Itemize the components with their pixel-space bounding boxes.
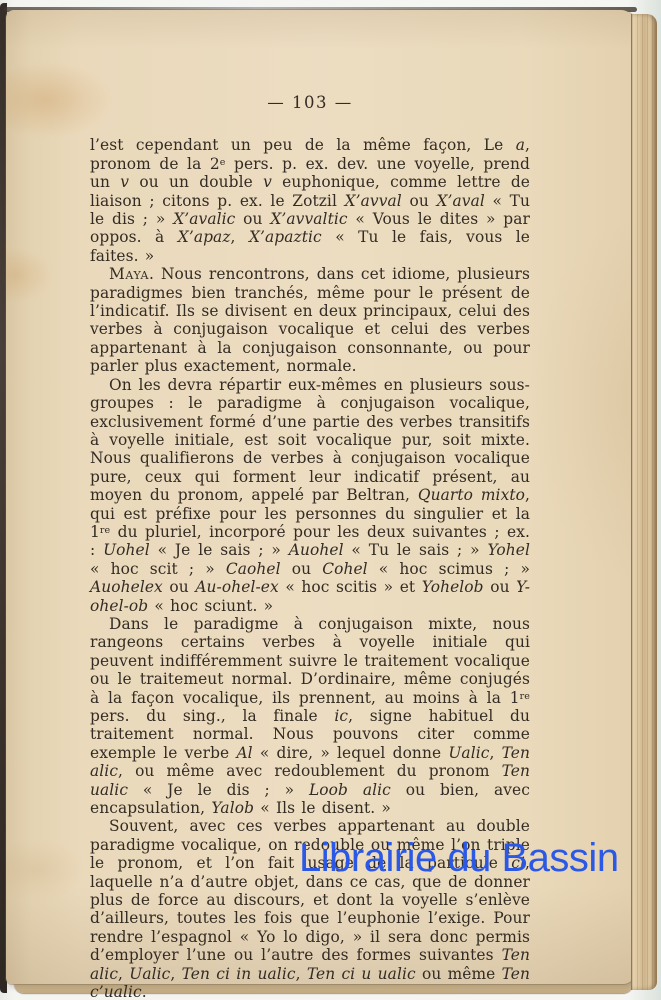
paragraph: On les devra répartir eux-mêmes en plusi… <box>90 376 530 615</box>
page-stack-fore-edge <box>631 14 657 990</box>
photo-of-book: — 103 — l’est cependant un peu de la mêm… <box>0 0 661 1000</box>
page-number: — 103 — <box>90 94 530 112</box>
paragraph: Maya. Nous rencontrons, dans cet idiome,… <box>90 265 530 375</box>
watermark: Librairie du Bassin <box>299 836 619 881</box>
paragraph: Dans le paradigme à conjugaison mixte, n… <box>90 615 530 817</box>
paragraph: l’est cependant un peu de la même façon,… <box>90 136 530 265</box>
